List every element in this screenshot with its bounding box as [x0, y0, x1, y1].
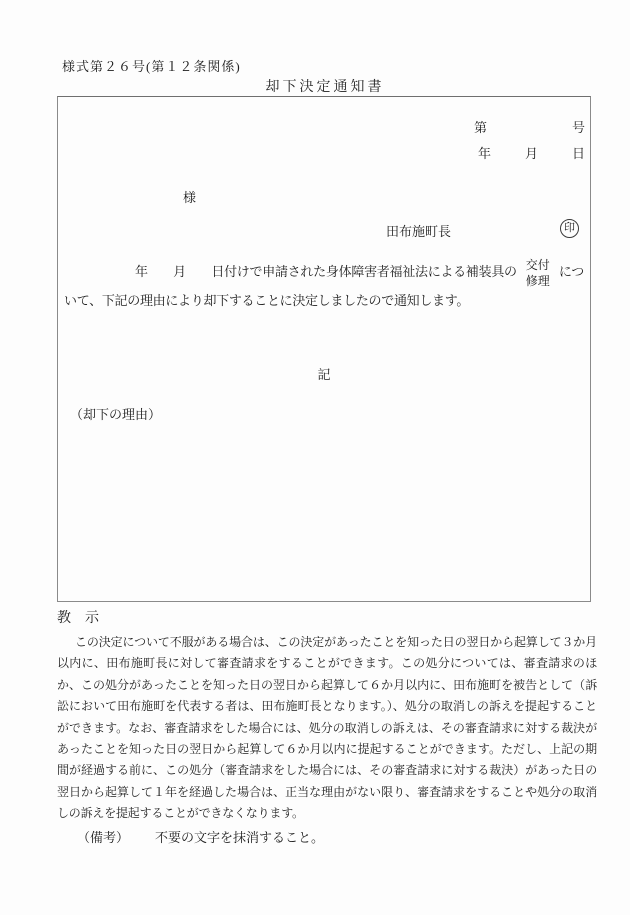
document-number-line: 第 号 [58, 117, 590, 136]
document-page: 様式第２６号(第１２条関係) 却下決定通知書 第 号 年 月 日 様 田布施町長… [0, 0, 630, 915]
grant-repair-choice: 交付修理 [526, 257, 550, 289]
record-marker: 記 [58, 364, 590, 383]
notice-body-paragraph: 年 月 日付けで申請された身体障害者福祉法による補装具の交付修理について、下記の… [64, 257, 584, 313]
remarks-text: 不要の文字を抹消すること。 [155, 827, 324, 846]
seal-label: 印 [564, 223, 575, 234]
notice-box: 第 号 年 月 日 様 田布施町長 印 年 月 日付けで申請された身体障害者福祉… [57, 96, 591, 602]
date-year-label: 年 [478, 143, 491, 162]
issuer-line: 田布施町長 印 [58, 219, 590, 243]
doc-number-prefix: 第 [474, 117, 487, 136]
choice-repair: 修理 [526, 273, 550, 289]
body-date-segment: 年 月 日付けで申請された身体障害者福祉法による補装具の [135, 264, 517, 279]
date-month-label: 月 [525, 143, 538, 162]
document-title: 却下決定通知書 [57, 76, 593, 96]
date-day-label: 日 [572, 143, 585, 162]
instruction-section: 教 示 この決定について不服がある場合は、この決定があったことを知った日の翌日か… [57, 607, 597, 825]
doc-number-suffix: 号 [572, 117, 585, 136]
instruction-paragraph: この決定について不服がある場合は、この決定があったことを知った日の翌日から起算し… [57, 632, 597, 825]
remarks-label: （備考） [77, 827, 129, 846]
issuer-name: 田布施町長 [386, 221, 451, 240]
choice-grant: 交付 [526, 257, 550, 273]
rejection-reason-label: （却下の理由） [70, 404, 161, 423]
seal-mark-icon: 印 [560, 219, 579, 238]
addressee-honorific: 様 [183, 187, 196, 206]
form-number-label: 様式第２６号(第１２条関係) [62, 56, 241, 75]
date-line: 年 月 日 [58, 143, 590, 162]
remarks-line: （備考） 不要の文字を抹消すること。 [77, 827, 324, 846]
instruction-heading: 教 示 [57, 607, 597, 627]
